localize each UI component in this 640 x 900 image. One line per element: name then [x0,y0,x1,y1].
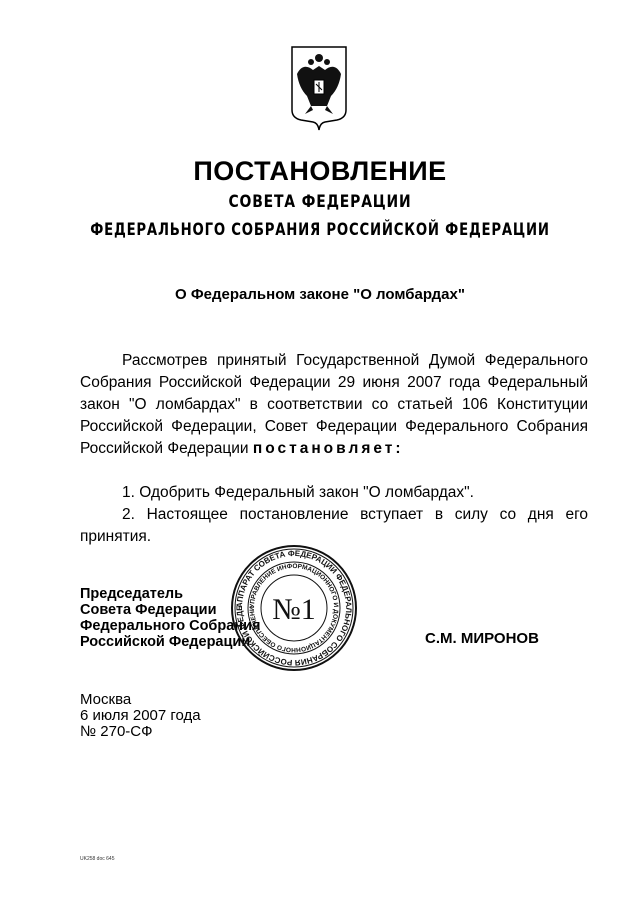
document-body: Рассмотрев принятый Государственной Думо… [80,350,588,548]
stamp-center-text: №1 [272,593,316,626]
document-subtitle-line2: ФЕДЕРАЛЬНОГО СОБРАНИЯ РОССИЙСКОЙ ФЕДЕРАЦ… [70,220,569,240]
official-stamp: АППАРАТ СОВЕТА ФЕДЕРАЦИИ ФЕДЕРАЛЬНОГО СО… [229,543,359,673]
document-number: № 270-СФ [80,724,201,740]
date: 6 июля 2007 года [80,708,201,724]
footer-code: UK258 doc 645 [80,856,114,862]
russian-coat-of-arms-icon [289,44,349,134]
preamble-paragraph: Рассмотрев принятый Государственной Думо… [80,350,588,460]
resolves-text: постановляет: [253,440,404,457]
document-subtitle-line1: СОВЕТА ФЕДЕРАЦИИ [58,192,583,212]
signer-name: С.М. МИРОНОВ [425,630,539,647]
place-date-number: Москва 6 июля 2007 года № 270-СФ [80,692,201,740]
document-subject: О Федеральном законе "О ломбардах" [0,286,640,303]
resolution-item-1: 1. Одобрить Федеральный закон "О ломбард… [80,482,588,504]
place: Москва [80,692,201,708]
resolution-item-2: 2. Настоящее постановление вступает в си… [80,504,588,548]
document-title: ПОСТАНОВЛЕНИЕ [0,156,640,187]
